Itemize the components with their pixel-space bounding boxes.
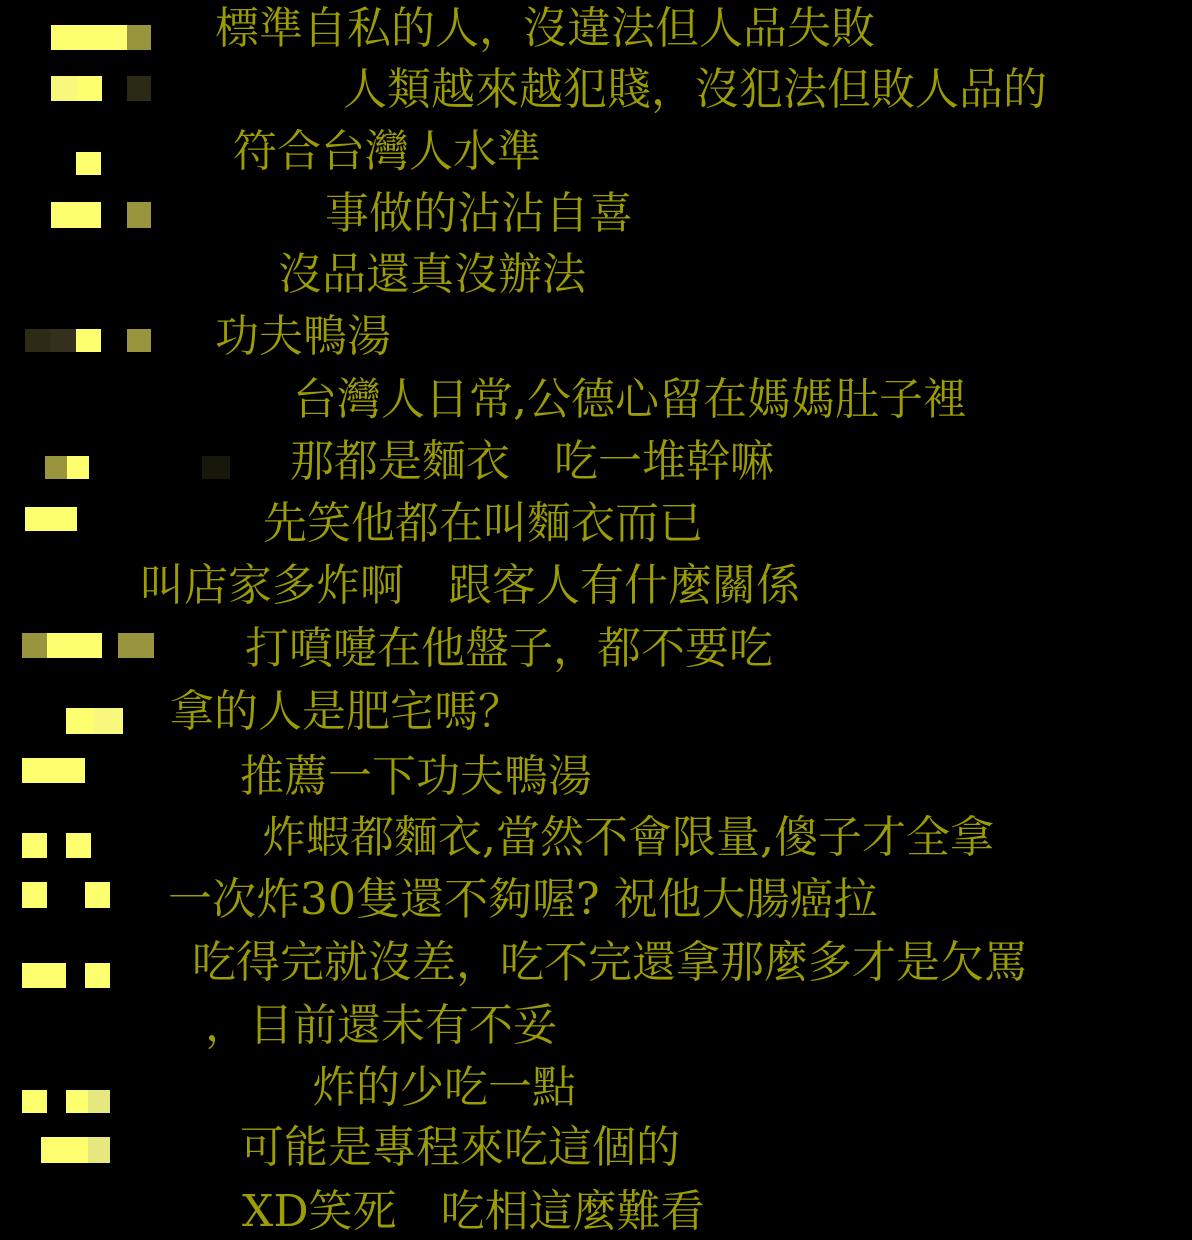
- censored-username-block: [202, 456, 230, 479]
- comment-text: 沒品還真沒辦法: [278, 253, 586, 297]
- censored-username-block: [127, 202, 151, 228]
- comment-text: 標準自私的人，沒違法但人品失敗: [215, 7, 875, 51]
- comment-text: 台灣人日常,公德心留在媽媽肚子裡: [293, 378, 967, 422]
- censored-username-block: [51, 202, 101, 228]
- comment-text: 功夫鴨湯: [215, 315, 391, 359]
- censored-username-block: [51, 25, 127, 50]
- comment-text: 那都是麵衣 吃一堆幹嘛: [290, 440, 774, 484]
- censored-username-block: [66, 833, 91, 858]
- censored-username-block: [94, 708, 123, 734]
- comment-text: 推薦一下功夫鴨湯: [240, 755, 592, 799]
- censored-username-block: [22, 882, 47, 908]
- comment-text: 打噴嚏在他盤子，都不要吃: [245, 627, 773, 671]
- comment-text: XD笑死 吃相這麼難看: [242, 1190, 705, 1234]
- censored-username-block: [88, 1090, 110, 1113]
- censored-username-block: [66, 1090, 88, 1113]
- censored-username-block: [76, 329, 101, 352]
- censored-username-block: [22, 758, 85, 783]
- comment-text: 人類越來越犯賤，沒犯法但敗人品的: [343, 68, 1047, 112]
- comment-text: 先笑他都在叫麵衣而已: [263, 502, 703, 546]
- comment-text: 可能是專程來吃這個的: [240, 1126, 680, 1170]
- censored-username-block: [22, 1090, 47, 1113]
- censored-username-block: [127, 329, 151, 352]
- censored-username-block: [22, 633, 47, 658]
- comment-text: 叫店家多炸啊 跟客人有什麼關係: [140, 564, 800, 608]
- censored-username-block: [85, 963, 110, 988]
- censored-username-block: [22, 963, 66, 988]
- censored-username-block: [47, 633, 102, 658]
- comment-text: 拿的人是肥宅嗎？: [170, 690, 522, 734]
- comment-text: 符合台灣人水準: [233, 130, 541, 174]
- comment-text: 事做的沾沾自喜: [325, 192, 633, 236]
- comment-text: 一次炸30隻還不夠喔? 祝他大腸癌拉: [168, 878, 878, 922]
- censored-username-block: [45, 456, 67, 479]
- ptt-comment-screen: 標準自私的人，沒違法但人品失敗人類越來越犯賤，沒犯法但敗人品的符合台灣人水準事做…: [0, 0, 1192, 1240]
- censored-username-block: [25, 507, 77, 531]
- comment-text: 吃得完就沒差，吃不完還拿那麼多才是欠罵: [192, 941, 1028, 985]
- comment-text: ，目前還未有不妥: [205, 1004, 557, 1048]
- censored-username-block: [77, 76, 102, 101]
- comment-text: 炸的少吃一點: [312, 1066, 576, 1110]
- censored-username-block: [85, 882, 110, 908]
- censored-username-block: [25, 329, 51, 352]
- censored-username-block: [51, 76, 77, 101]
- censored-username-block: [76, 152, 101, 175]
- censored-username-block: [127, 25, 151, 50]
- censored-username-block: [66, 708, 94, 734]
- censored-username-block: [41, 1137, 88, 1163]
- comment-text: 炸蝦都麵衣,當然不會限量,傻子才全拿: [262, 816, 994, 860]
- censored-username-block: [127, 76, 151, 101]
- censored-username-block: [22, 833, 47, 858]
- censored-username-block: [51, 329, 76, 352]
- censored-username-block: [118, 633, 154, 658]
- censored-username-block: [67, 456, 89, 479]
- censored-username-block: [88, 1137, 110, 1163]
